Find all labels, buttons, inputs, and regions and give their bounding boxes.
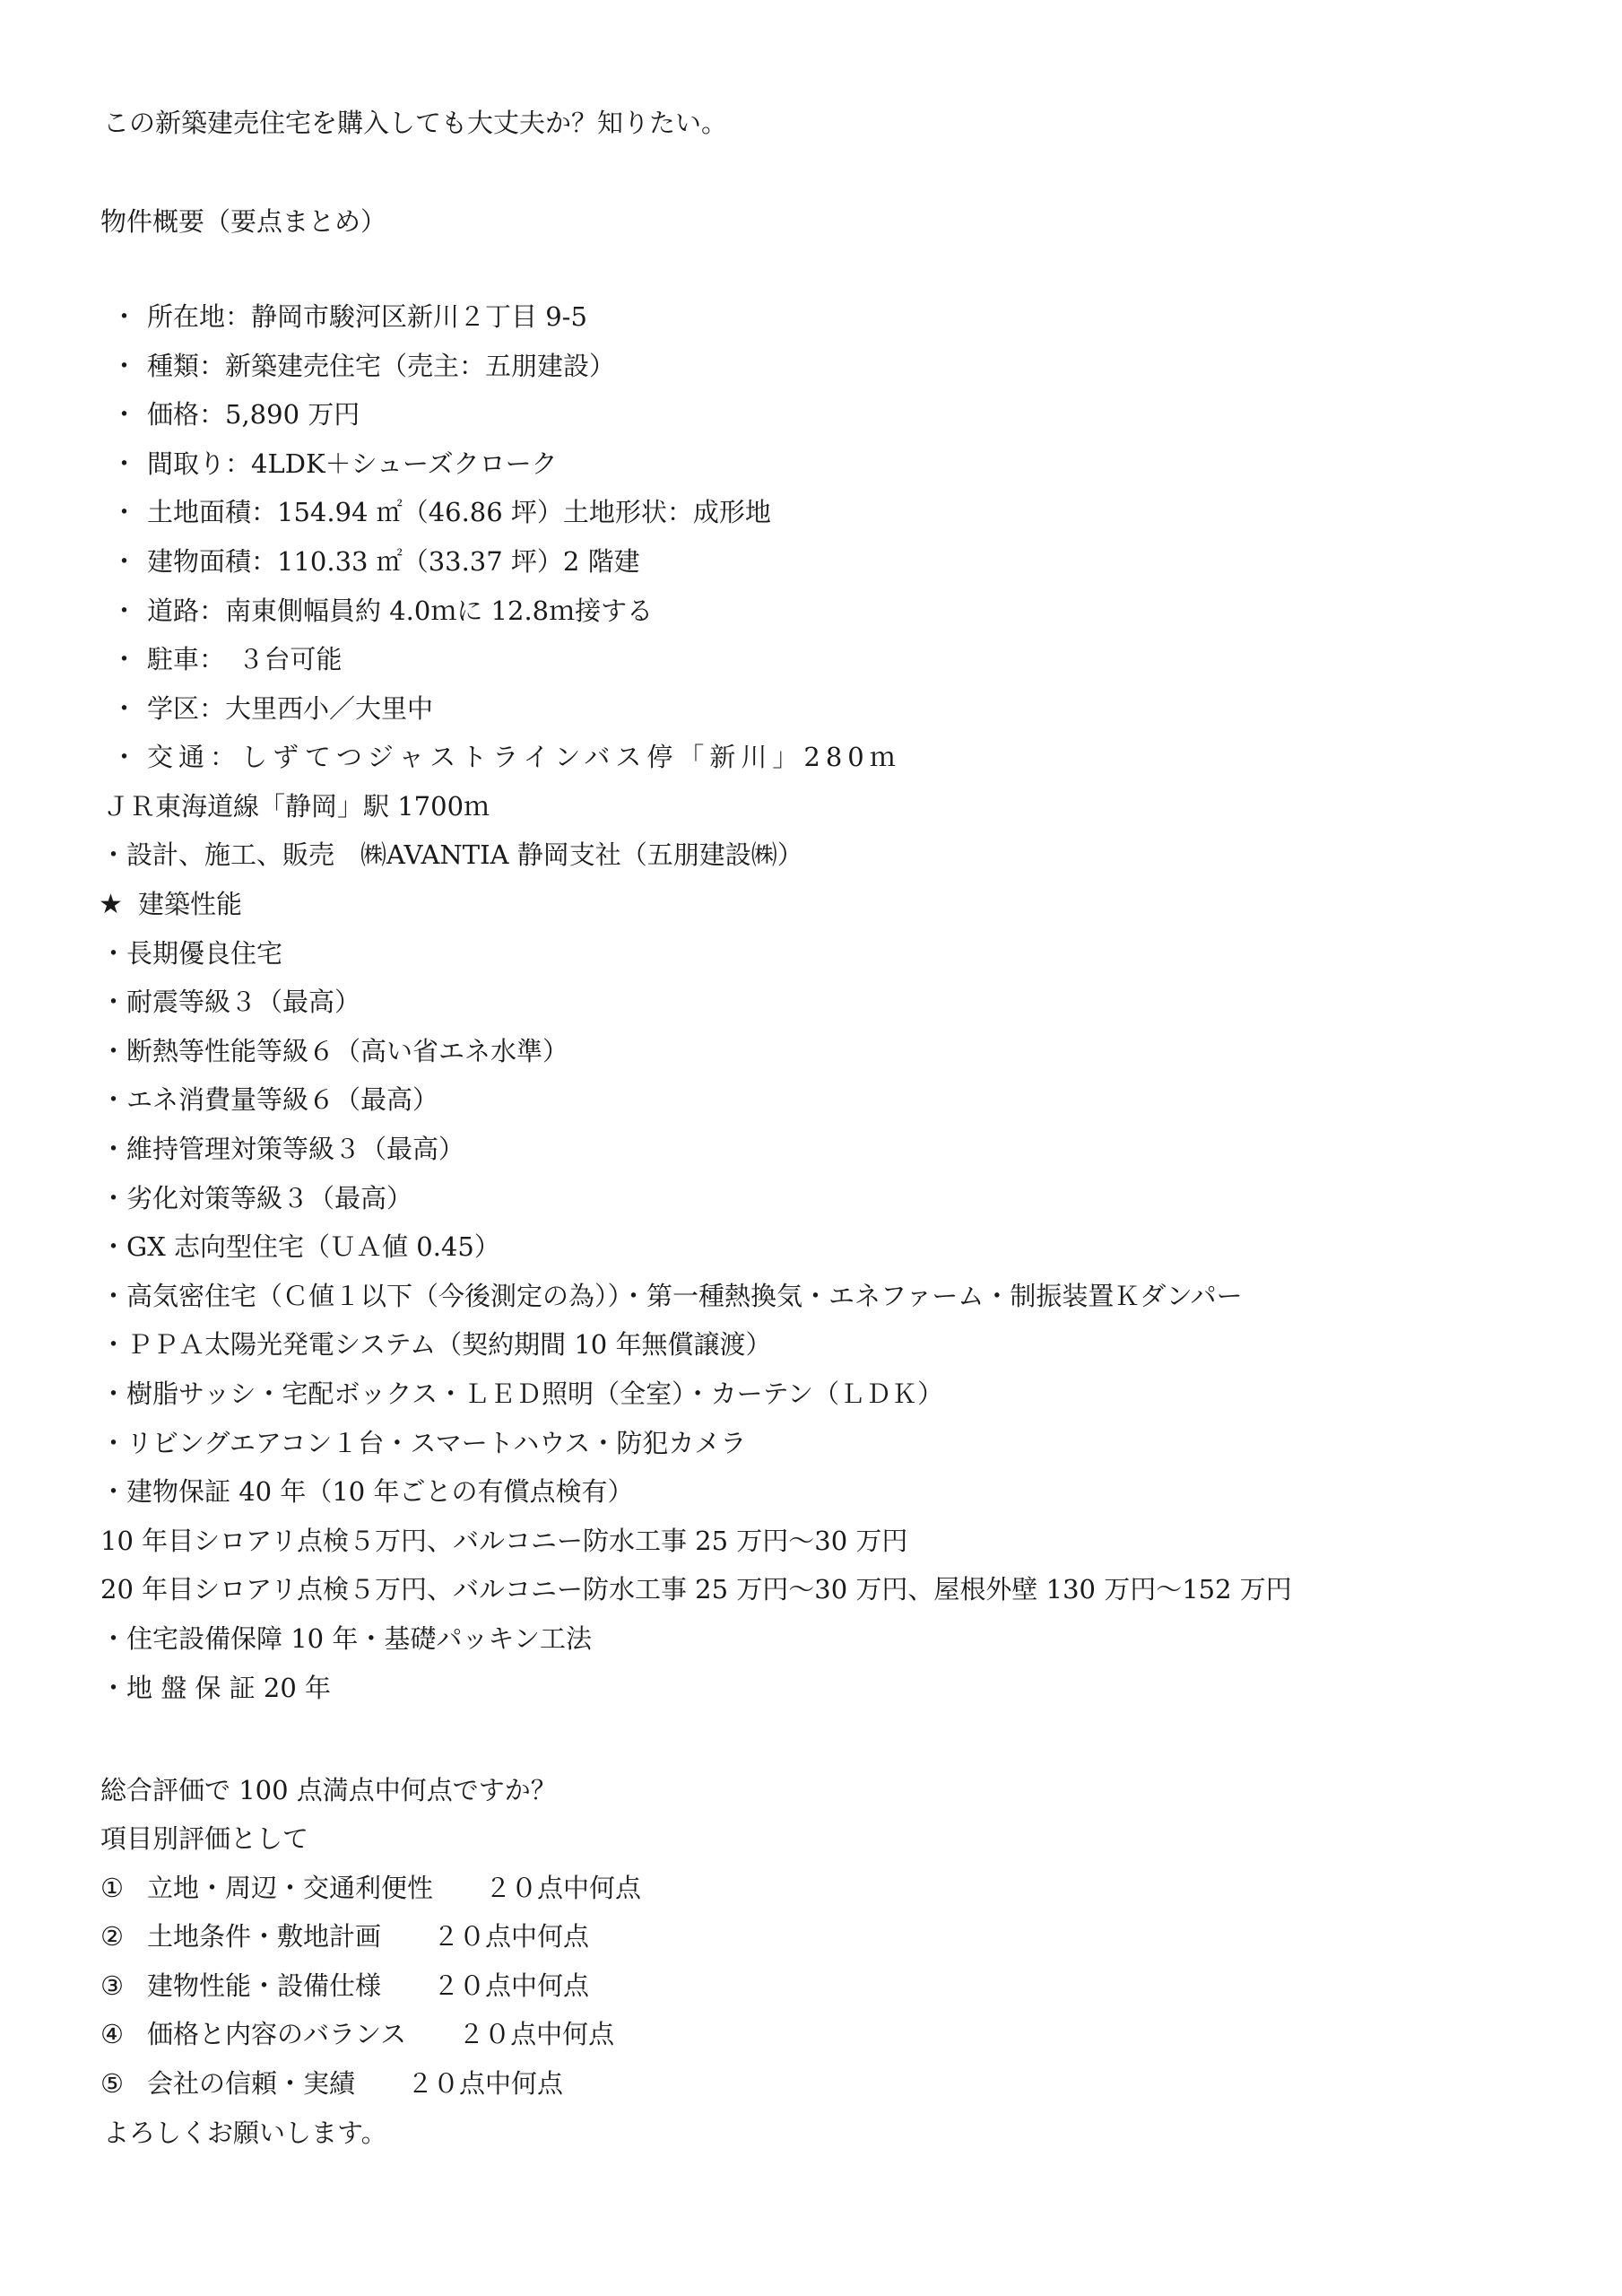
performance-item: ・建物保証 40 年（10 年ごとの有償点検有） <box>100 1474 633 1509</box>
category-land: ②土地条件・敷地計画 ２０点中何点 <box>100 1918 589 1954</box>
bullet-icon: ・ <box>106 494 147 530</box>
summary-item-building-area: ・建物面積：110.33 ㎡（33.37 坪）2 階建 <box>106 544 640 579</box>
performance-item: ・高気密住宅（Ｃ値１以下（今後測定の為））・第一種熱換気・エネファーム・制振装置… <box>100 1278 1243 1314</box>
builder-line: ・設計、施工、販売 ㈱AVANTIA 静岡支社（五朋建設㈱） <box>100 837 803 873</box>
summary-item-text: 土地面積：154.94 ㎡（46.86 坪）土地形状：成形地 <box>147 497 771 527</box>
bullet-icon: ・ <box>106 691 147 726</box>
summary-item-transit: ・交通：しずてつジャストラインバス停「新川」280ｍ <box>106 739 901 775</box>
summary-item-text: 建物面積：110.33 ㎡（33.37 坪）2 階建 <box>147 546 640 577</box>
performance-item: ・断熱等性能等級６（高い省エネ水準） <box>100 1033 568 1069</box>
summary-item-school-district: ・学区：大里西小／大里中 <box>106 691 433 726</box>
category-score: ２０点中何点 <box>458 2019 614 2049</box>
star-icon: ★ <box>99 887 138 923</box>
transit-line-jr: ＪＲ東海道線「静岡」駅 1700ｍ <box>103 788 490 824</box>
bullet-icon: ・ <box>106 544 147 579</box>
performance-item: ・劣化対策等級３（最高） <box>100 1180 412 1216</box>
category-score: ２０点中何点 <box>433 1970 589 2001</box>
circled-number: ⑤ <box>100 2066 147 2101</box>
summary-heading: 物件概要（要点まとめ） <box>100 204 386 239</box>
performance-item: ・樹脂サッシ・宅配ボックス・ＬＥＤ照明（全室）・カーテン（ＬＤＫ） <box>100 1376 943 1412</box>
closing-text: よろしくお願いします。 <box>103 2115 387 2151</box>
summary-item-price: ・価格：5,890 万円 <box>106 396 360 432</box>
performance-item: ・耐震等級３（最高） <box>100 984 360 1020</box>
circled-number: ② <box>100 1918 147 1954</box>
total-score-question: 総合評価で 100 点満点中何点ですか？ <box>100 1772 557 1808</box>
performance-item: ・維持管理対策等級３（最高） <box>100 1131 464 1167</box>
category-label: 土地条件・敷地計画 <box>147 1921 381 1952</box>
performance-item: ・GX 志向型住宅（ＵＡ値 0.45） <box>100 1229 500 1265</box>
performance-heading-label: 建築性能 <box>138 889 242 919</box>
category-score: ２０点中何点 <box>485 1873 641 1903</box>
summary-item-type: ・種類：新築建売住宅（売主：五朋建設） <box>106 348 615 384</box>
bullet-icon: ・ <box>106 593 147 629</box>
summary-item-land-area: ・土地面積：154.94 ㎡（46.86 坪）土地形状：成形地 <box>106 494 771 530</box>
bullet-icon: ・ <box>106 446 147 482</box>
performance-heading: ★建築性能 <box>99 886 242 922</box>
category-label: 建物性能・設備仕様 <box>147 1970 381 2001</box>
question-text: この新築建売住宅を購入しても大丈夫か？知りたい。 <box>103 105 727 141</box>
performance-item: ・エネ消費量等級６（最高） <box>100 1082 438 1118</box>
circled-number: ③ <box>100 1968 147 2004</box>
summary-item-location: ・所在地：静岡市駿河区新川２丁目 9-5 <box>106 299 587 335</box>
breakdown-intro: 項目別評価として <box>100 1821 308 1857</box>
category-label: 会社の信頼・実績 <box>147 2068 355 2099</box>
performance-item: ・リビングエアコン１台・スマートハウス・防犯カメラ <box>100 1425 746 1461</box>
bullet-icon: ・ <box>106 641 147 677</box>
maintenance-cost-20yr: 20 年目シロアリ点検５万円、バルコニー防水工事 25 万円〜30 万円、屋根外… <box>100 1571 1292 1607</box>
summary-item-text: 種類：新築建売住宅（売主：五朋建設） <box>147 351 615 381</box>
document-page: この新築建売住宅を購入しても大丈夫か？知りたい。 物件概要（要点まとめ） ・所在… <box>0 0 1622 2296</box>
summary-item-text: 価格：5,890 万円 <box>147 399 360 430</box>
bullet-icon: ・ <box>106 299 147 335</box>
performance-item: ・ＰＰＡ太陽光発電システム（契約期間 10 年無償譲渡） <box>100 1326 771 1362</box>
bullet-icon: ・ <box>106 348 147 384</box>
category-score: ２０点中何点 <box>433 1921 589 1952</box>
summary-item-text: 駐車： ３台可能 <box>147 644 343 674</box>
category-building: ③建物性能・設備仕様 ２０点中何点 <box>100 1968 589 2004</box>
category-company: ⑤会社の信頼・実績 ２０点中何点 <box>100 2066 563 2101</box>
summary-item-text: 間取り：4LDK＋シューズクローク <box>147 448 558 479</box>
summary-item-parking: ・駐車： ３台可能 <box>106 641 343 677</box>
category-label: 立地・周辺・交通利便性 <box>147 1873 433 1903</box>
summary-item-text: 所在地：静岡市駿河区新川２丁目 9-5 <box>147 301 587 332</box>
category-location: ①立地・周辺・交通利便性 ２０点中何点 <box>100 1870 641 1906</box>
circled-number: ④ <box>100 2016 147 2052</box>
summary-item-text: 学区：大里西小／大里中 <box>147 693 433 724</box>
category-score: ２０点中何点 <box>407 2068 563 2099</box>
category-label: 価格と内容のバランス <box>147 2019 406 2049</box>
maintenance-cost-10yr: 10 年目シロアリ点検５万円、バルコニー防水工事 25 万円〜30 万円 <box>100 1523 907 1559</box>
bullet-icon: ・ <box>106 396 147 432</box>
performance-item: ・長期優良住宅 <box>100 935 282 971</box>
performance-item: ・地 盤 保 証 20 年 <box>100 1670 331 1706</box>
category-price-balance: ④価格と内容のバランス ２０点中何点 <box>100 2016 614 2052</box>
summary-item-text: 交通：しずてつジャストラインバス停「新川」280ｍ <box>147 742 901 772</box>
performance-item: ・住宅設備保障 10 年・基礎パッキン工法 <box>100 1621 592 1657</box>
circled-number: ① <box>100 1870 147 1906</box>
summary-item-layout: ・間取り：4LDK＋シューズクローク <box>106 446 558 482</box>
summary-item-road: ・道路：南東側幅員約 4.0ｍに 12.8ｍ接する <box>106 593 653 629</box>
bullet-icon: ・ <box>106 739 147 775</box>
summary-item-text: 道路：南東側幅員約 4.0ｍに 12.8ｍ接する <box>147 596 653 626</box>
